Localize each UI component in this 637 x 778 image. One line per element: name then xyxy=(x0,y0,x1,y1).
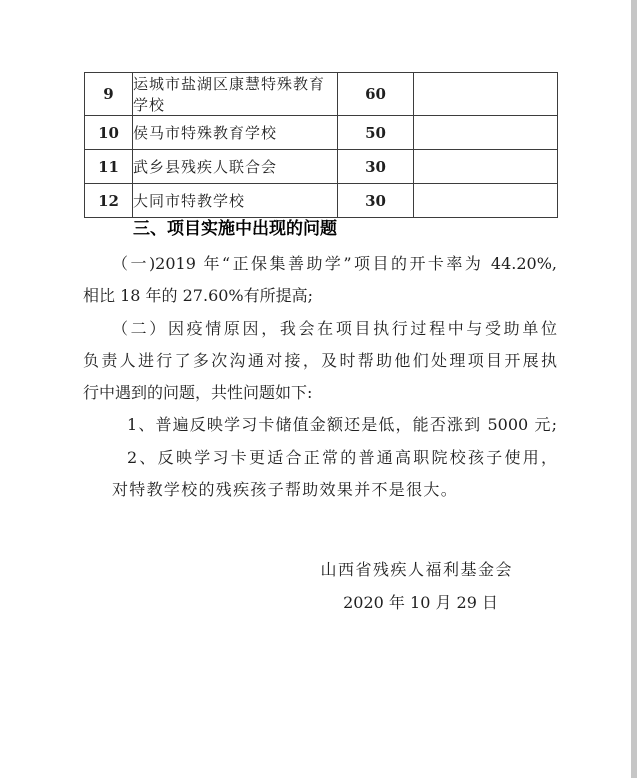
note-cell xyxy=(414,73,558,116)
quantity-cell: 30 xyxy=(338,184,414,218)
note-cell xyxy=(414,150,558,184)
table-row: 11 武乡县残疾人联合会 30 xyxy=(85,150,558,184)
table-row: 9 运城市盐湖区康慧特殊教育学校 60 xyxy=(85,73,558,116)
row-number-cell: 10 xyxy=(85,116,133,150)
document-body: 三、项目实施中出现的问题 （一)2019 年“正保集善助学”项目的开卡率为 44… xyxy=(83,217,557,506)
org-name-cell: 侯马市特殊教育学校 xyxy=(133,116,338,150)
signature-org: 山西省残疾人福利基金会 xyxy=(320,557,513,580)
body-line: 行中遇到的问题，共性问题如下: xyxy=(83,377,557,409)
body-line: 相比 18 年的 27.60%有所提高; xyxy=(83,280,557,312)
body-line: 对特教学校的残疾孩子帮助效果并不是很大。 xyxy=(83,474,557,506)
body-line: 1、普遍反映学习卡储值金额还是低，能否涨到 5000 元; xyxy=(83,409,557,441)
document-page: 9 运城市盐湖区康慧特殊教育学校 60 10 侯马市特殊教育学校 50 11 武… xyxy=(0,0,637,778)
grantee-table: 9 运城市盐湖区康慧特殊教育学校 60 10 侯马市特殊教育学校 50 11 武… xyxy=(84,72,558,218)
table-row: 10 侯马市特殊教育学校 50 xyxy=(85,116,558,150)
note-cell xyxy=(414,184,558,218)
quantity-cell: 60 xyxy=(338,73,414,116)
signature-date: 2020 年 10 月 29 日 xyxy=(343,590,498,613)
body-line: 2、反映学习卡更适合正常的普通高职院校孩子使用， xyxy=(83,442,557,474)
row-number-cell: 9 xyxy=(85,73,133,116)
note-cell xyxy=(414,116,558,150)
row-number-cell: 12 xyxy=(85,184,133,218)
section-heading: 三、项目实施中出现的问题 xyxy=(83,217,557,248)
body-line: （一)2019 年“正保集善助学”项目的开卡率为 44.20%, xyxy=(83,248,557,280)
page-edge-strip xyxy=(631,0,637,778)
org-name-cell: 武乡县残疾人联合会 xyxy=(133,150,338,184)
body-line: （二）因疫情原因，我会在项目执行过程中与受助单位 xyxy=(83,313,557,345)
row-number-cell: 11 xyxy=(85,150,133,184)
org-name-cell: 大同市特教学校 xyxy=(133,184,338,218)
body-line: 负责人进行了多次沟通对接，及时帮助他们处理项目开展执 xyxy=(83,345,557,377)
table-row: 12 大同市特教学校 30 xyxy=(85,184,558,218)
quantity-cell: 50 xyxy=(338,116,414,150)
org-name-cell: 运城市盐湖区康慧特殊教育学校 xyxy=(133,73,338,116)
quantity-cell: 30 xyxy=(338,150,414,184)
